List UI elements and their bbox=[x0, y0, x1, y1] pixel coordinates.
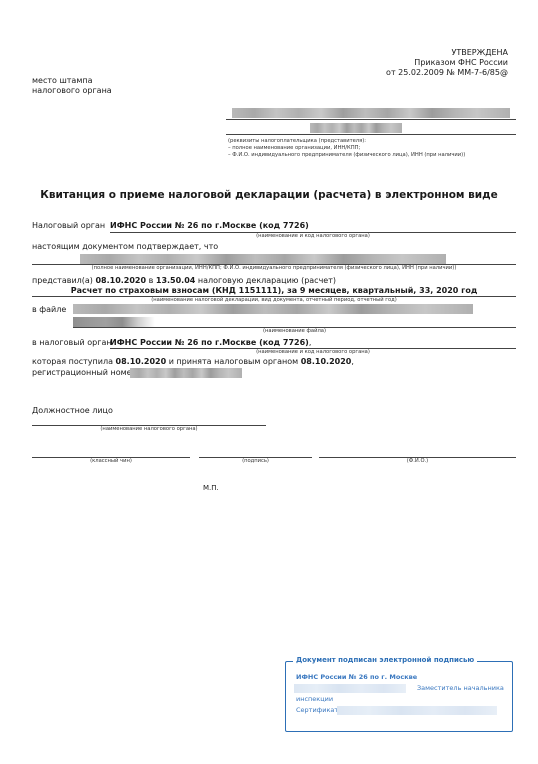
accepted-date: 08.10.2020 bbox=[301, 357, 352, 366]
reg-number-label: регистрационный номер bbox=[32, 368, 137, 378]
received-date: 08.10.2020 bbox=[116, 357, 167, 366]
submitted-prefix: представил(а) bbox=[32, 276, 93, 285]
approved-label: УТВЕРЖДЕНА bbox=[386, 48, 508, 58]
to-authority-comma: , bbox=[309, 338, 312, 347]
submitted-time: 13.50.04 bbox=[156, 276, 195, 285]
submitted-in: в bbox=[149, 276, 154, 285]
redacted-certificate bbox=[337, 706, 497, 715]
redacted-signer-name bbox=[294, 684, 406, 693]
tax-authority-value: ИФНС России № 26 по г.Москве (код 7726) bbox=[110, 221, 309, 231]
received-line: которая поступила 08.10.2020 и принята н… bbox=[32, 357, 354, 367]
seal-label: М.П. bbox=[203, 484, 219, 493]
taxpayer-line-1 bbox=[226, 119, 516, 120]
rank-caption: (классный чин) bbox=[32, 458, 190, 465]
approval-header: УТВЕРЖДЕНА Приказом ФНС России от 25.02.… bbox=[386, 48, 508, 78]
confirms-label: настоящим документом подтверждает, что bbox=[32, 242, 218, 252]
to-authority-name: ИФНС России № 26 по г.Москве (код 7726) bbox=[110, 338, 309, 347]
redacted-taxpayer-name bbox=[232, 108, 510, 118]
to-authority-caption: (наименование и код налогового органа) bbox=[110, 349, 516, 356]
document-title: Квитанция о приеме налоговой декларации … bbox=[0, 189, 538, 201]
redacted-organization bbox=[80, 254, 446, 264]
caption-line: (реквизиты налогоплательщика (представит… bbox=[228, 138, 465, 145]
to-authority-label: в налоговый орган bbox=[32, 338, 112, 348]
official-authority-caption: (наименование налогового органа) bbox=[32, 426, 266, 433]
submitted-date: 08.10.2020 bbox=[95, 276, 146, 285]
accepted-comma: , bbox=[351, 357, 354, 366]
stamp-place: место штампа налогового органа bbox=[32, 76, 112, 96]
submitted-suffix: налоговую декларацию (расчет) bbox=[198, 276, 336, 285]
to-authority-value: ИФНС России № 26 по г.Москве (код 7726), bbox=[110, 338, 311, 348]
sign-caption: (подпись) bbox=[199, 458, 312, 465]
e-signature-position-2: инспекции bbox=[296, 695, 333, 703]
taxpayer-caption: (реквизиты налогоплательщика (представит… bbox=[228, 138, 465, 159]
redacted-file-name-1 bbox=[73, 304, 473, 314]
accepted-text: и принята налоговым органом bbox=[169, 357, 298, 366]
redacted-taxpayer-inn bbox=[310, 123, 402, 133]
organization-caption: (полное наименование организации, ИНН/КП… bbox=[32, 265, 516, 272]
file-caption: (наименование файла) bbox=[73, 328, 516, 335]
submitted-line: представил(а) 08.10.2020 в 13.50.04 нало… bbox=[32, 276, 336, 286]
declaration-value: Расчет по страховым взносам (КНД 1151111… bbox=[32, 286, 516, 296]
redacted-file-name-2 bbox=[73, 317, 155, 327]
tax-authority-caption: (наименование и код налогового органа) bbox=[110, 233, 516, 240]
received-prefix: которая поступила bbox=[32, 357, 113, 366]
tax-authority-label: Налоговый орган bbox=[32, 221, 105, 231]
caption-line: – полное наименование организации, ИНН/К… bbox=[228, 145, 465, 152]
redacted-reg-number bbox=[130, 368, 242, 378]
order-label: Приказом ФНС России bbox=[386, 58, 508, 68]
e-signature-certificate-label: Сертификат bbox=[296, 706, 338, 714]
fio-caption: (Ф.И.О.) bbox=[319, 458, 516, 465]
file-label: в файле bbox=[32, 305, 66, 315]
caption-line: – Ф.И.О. индивидуального предпринимателя… bbox=[228, 152, 465, 159]
e-signature-title: Документ подписан электронной подписью bbox=[293, 656, 477, 665]
stamp-place-line2: налогового органа bbox=[32, 86, 112, 96]
stamp-place-line1: место штампа bbox=[32, 76, 112, 86]
official-label: Должностное лицо bbox=[32, 406, 113, 416]
taxpayer-line-2 bbox=[226, 134, 516, 135]
declaration-caption: (наименование налоговой декларации, вид … bbox=[32, 297, 516, 304]
e-signature-position-1: Заместитель начальника bbox=[417, 684, 504, 692]
order-date: от 25.02.2009 № ММ-7-6/85@ bbox=[386, 68, 508, 78]
e-signature-authority: ИФНС России № 26 по г. Москве bbox=[296, 673, 417, 681]
